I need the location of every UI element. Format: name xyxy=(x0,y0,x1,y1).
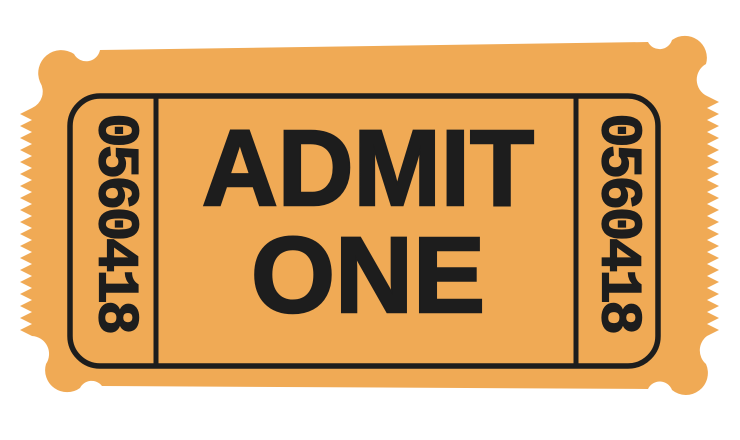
ticket-image-canvas: 0560418 0560418 ADMIT ONE xyxy=(0,0,740,440)
right-stub-serial-number: 0560418 xyxy=(585,113,650,335)
left-stub-serial-number: 0560418 xyxy=(82,113,147,335)
admit-text: ADMIT xyxy=(202,107,534,228)
one-text: ONE xyxy=(251,214,485,335)
admit-one-ticket: 0560418 0560418 ADMIT ONE xyxy=(0,0,740,440)
